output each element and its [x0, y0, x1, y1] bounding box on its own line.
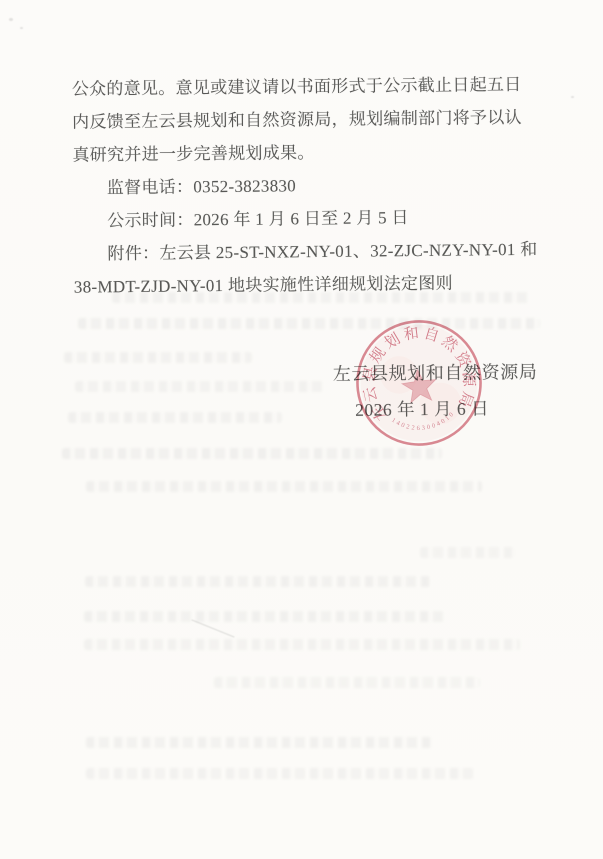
supervision-phone-line: 监督电话：0352-3823830: [73, 167, 543, 205]
scan-speck: [9, 18, 13, 21]
notice-period-line: 公示时间：2026 年 1 月 6 日至 2 月 5 日: [73, 200, 543, 238]
showthrough-ghost-row: [84, 639, 520, 650]
paragraph-line-2: 内反馈至左云县规划和自然资源局，规划编制部门将予以认: [72, 101, 542, 139]
showthrough-ghost-row: [86, 481, 482, 492]
showthrough-ghost-row: [75, 381, 325, 392]
paragraph-line-3: 真研究并进一步完善规划成果。: [72, 134, 542, 172]
attachment-line-1: 附件：左云县 25-ST-NXZ-NY-01、32-ZJC-NZY-NY-01 …: [73, 233, 543, 271]
showthrough-ghost-row: [86, 768, 474, 779]
showthrough-ghost-row: [84, 611, 444, 622]
official-seal: 左云县规划和自然资源局 1402263004010: [338, 302, 501, 465]
paragraph-line-1: 公众的意见。意见或建议请以书面形式于公示截止日起五日: [72, 68, 542, 106]
notice-body: 公众的意见。意见或建议请以书面形式于公示截止日起五日 内反馈至左云县规划和自然资…: [72, 68, 544, 304]
scan-speck: [20, 27, 23, 29]
showthrough-ghost-row: [420, 547, 516, 558]
attachment-line-2: 38-MDT-ZJD-NY-01 地块实施性详细规划法定图则: [74, 266, 544, 304]
scan-scratch: [191, 619, 234, 637]
showthrough-ghost-row: [214, 677, 480, 688]
showthrough-ghost-row: [64, 352, 252, 363]
scan-speck: [571, 96, 574, 98]
scanned-notice-page: 公众的意见。意见或建议请以书面形式于公示截止日起五日 内反馈至左云县规划和自然资…: [0, 0, 603, 859]
showthrough-ghost-row: [85, 576, 431, 587]
showthrough-ghost-row: [68, 412, 282, 423]
showthrough-ghost-row: [86, 737, 432, 748]
